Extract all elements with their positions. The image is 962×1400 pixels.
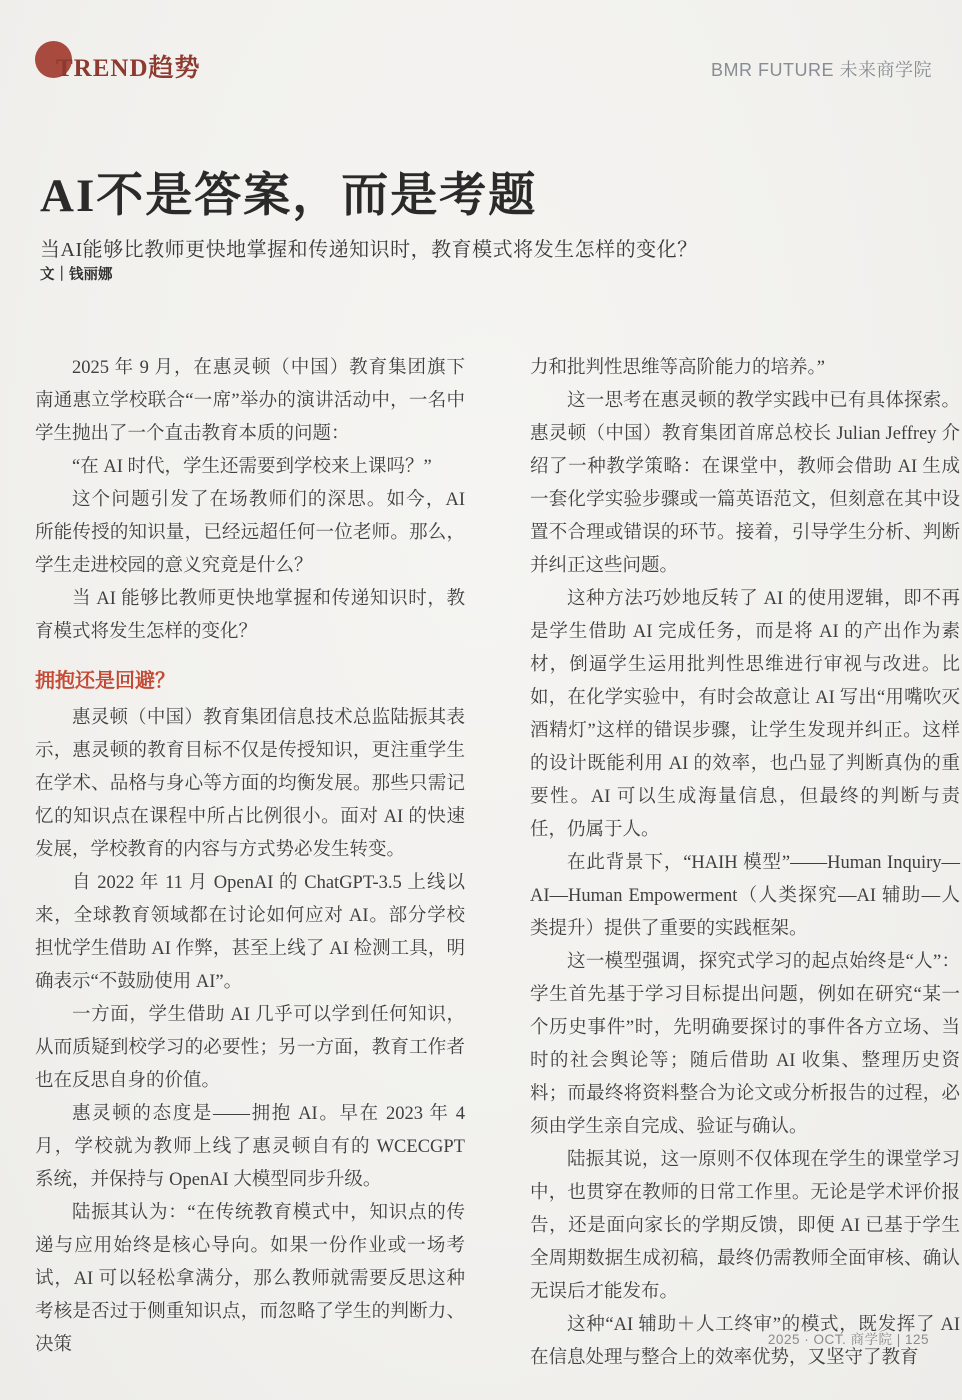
paragraph: 这种方法巧妙地反转了 AI 的使用逻辑，即不再是学生借助 AI 完成任务，而是将… [530,583,960,847]
paragraph: 这个问题引发了在场教师们的深思。如今，AI 所能传授的知识量，已经远超任何一位老… [35,484,465,583]
section-paragraphs: 惠灵顿（中国）教育集团信息技术总监陆振其表示，惠灵顿的教育目标不仅是传授知识，更… [35,702,465,1362]
page-header: TREND趋势 BMR FUTURE 未来商学院 [35,40,932,84]
paragraph: 在此背景下，“HAIH 模型”——Human Inquiry—AI—Human … [530,847,960,946]
article-byline: 文｜钱丽娜 [40,263,113,284]
magazine-page: TREND趋势 BMR FUTURE 未来商学院 AI不是答案，而是考题 当AI… [0,0,962,1400]
left-column: 2025 年 9 月，在惠灵顿（中国）教育集团旗下南通惠立学校联合“一席”举办的… [35,352,465,1362]
paragraph: 陆振其说，这一原则不仅体现在学生的课堂学习中，也贯穿在教师的日常工作里。无论是学… [530,1144,960,1309]
paragraph: 惠灵顿的态度是——拥抱 AI。早在 2023 年 4 月，学校就为教师上线了惠灵… [35,1098,465,1197]
right-paragraphs: 力和批判性思维等高阶能力的培养。”这一思考在惠灵顿的教学实践中已有具体探索。惠灵… [530,352,960,1375]
intro-paragraphs: 2025 年 9 月，在惠灵顿（中国）教育集团旗下南通惠立学校联合“一席”举办的… [35,352,465,649]
paragraph: “在 AI 时代，学生还需要到学校来上课吗？” [35,451,465,484]
section-heading: 拥抱还是回避？ [35,664,465,693]
paragraph: 自 2022 年 11 月 OpenAI 的 ChatGPT-3.5 上线以来，… [35,867,465,999]
trend-logo: TREND趋势 [35,40,201,80]
paragraph: 这一模型强调，探究式学习的起点始终是“人”：学生首先基于学习目标提出问题，例如在… [530,946,960,1144]
paragraph: 惠灵顿（中国）教育集团信息技术总监陆振其表示，惠灵顿的教育目标不仅是传授知识，更… [35,702,465,867]
paragraph: 一方面，学生借助 AI 几乎可以学到任何知识，从而质疑到校学习的必要性；另一方面… [35,999,465,1098]
article-title: AI不是答案，而是考题 [40,158,537,225]
paragraph: 陆振其认为：“在传统教育模式中，知识点的传递与应用始终是核心导向。如果一份作业或… [35,1197,465,1362]
paragraph: 当 AI 能够比教师更快地掌握和传递知识时，教育模式将发生怎样的变化？ [35,583,465,649]
header-section-label: BMR FUTURE 未来商学院 [711,56,932,82]
paragraph: 这一思考在惠灵顿的教学实践中已有具体探索。惠灵顿（中国）教育集团首席总校长 Ju… [530,385,960,583]
page-footer: 2025 · OCT. 商学院 | 125 [768,1328,929,1348]
logo-text: TREND趋势 [56,48,201,84]
paragraph: 力和批判性思维等高阶能力的培养。” [530,352,960,385]
paragraph: 2025 年 9 月，在惠灵顿（中国）教育集团旗下南通惠立学校联合“一席”举办的… [35,352,465,451]
right-column: 力和批判性思维等高阶能力的培养。”这一思考在惠灵顿的教学实践中已有具体探索。惠灵… [530,352,960,1375]
article-subtitle: 当AI能够比教师更快地掌握和传递知识时，教育模式将发生怎样的变化？ [40,233,698,262]
